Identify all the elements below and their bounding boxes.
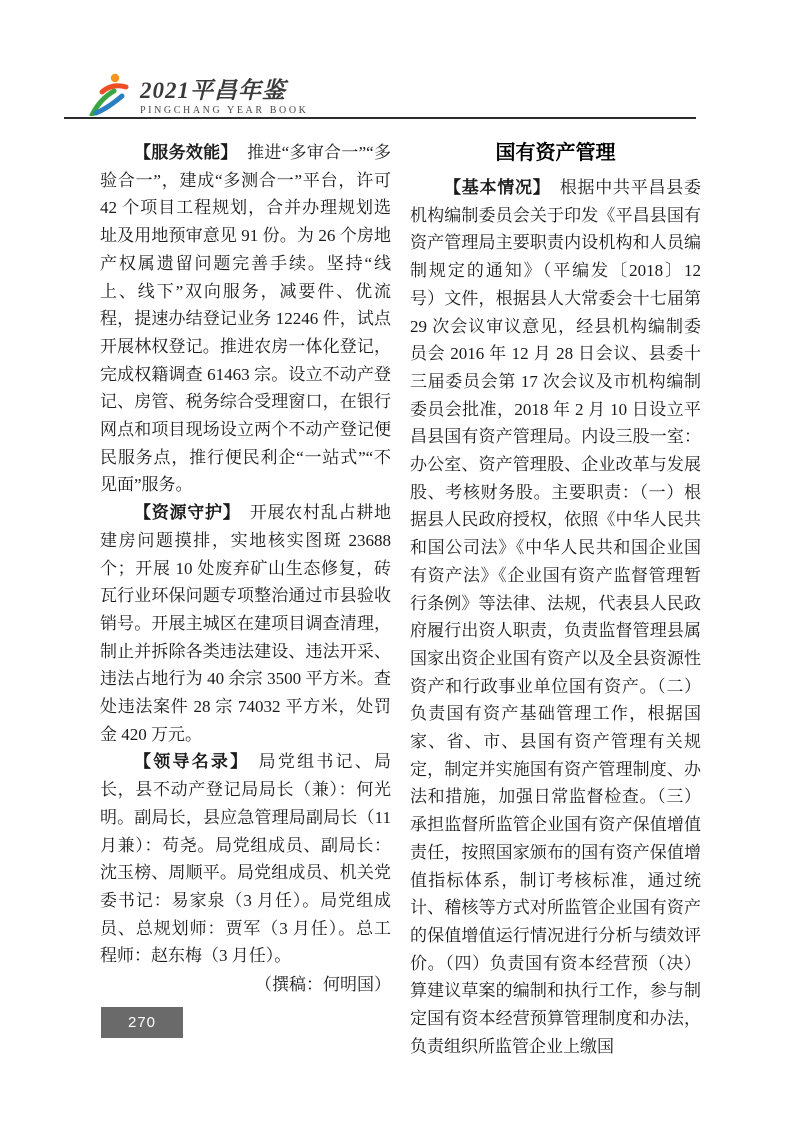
logo-text: 2021平昌年鉴 PINGCHANG YEAR BOOK xyxy=(140,79,308,116)
page-number-badge: 270 xyxy=(101,1007,183,1038)
right-column: 国有资产管理 【基本情况】根据中共平昌县委机构编制委员会关于印发《平昌县国有资产… xyxy=(410,139,701,1061)
logo-title: 2021平昌年鉴 xyxy=(140,79,308,102)
entry-text: 开展农村乱占耕地建房问题摸排，实地核实图斑 23688 个；开展 10 处废弃矿… xyxy=(100,503,391,744)
entry-label: 【领导名录】 xyxy=(134,752,249,771)
left-column: 【服务效能】推进“多审合一”“多验合一”，建成“多测合一”平台，许可 42 个项… xyxy=(100,139,391,999)
entry-leadership-roster: 【领导名录】局党组书记、局长，县不动产登记局局长（兼）：何光明。副局长，县应急管… xyxy=(100,748,391,970)
logo-subtitle: PINGCHANG YEAR BOOK xyxy=(140,106,308,116)
entry-label: 【基本情况】 xyxy=(444,178,550,197)
entry-text: 推进“多审合一”“多验合一”，建成“多测合一”平台，许可 42 个项目工程规划，… xyxy=(100,143,391,494)
yearbook-page: 2021平昌年鉴 PINGCHANG YEAR BOOK 【服务效能】推进“多审… xyxy=(0,0,793,1122)
entry-service-efficiency: 【服务效能】推进“多审合一”“多验合一”，建成“多测合一”平台，许可 42 个项… xyxy=(100,139,391,499)
header-logo: 2021平昌年鉴 PINGCHANG YEAR BOOK xyxy=(86,72,308,116)
byline: （撰稿：何明国） xyxy=(100,971,391,999)
entry-text: 根据中共平昌县委机构编制委员会关于印发《平昌县国有资产管理局主要职责内设机构和人… xyxy=(410,178,701,1056)
section-title-state-assets: 国有资产管理 xyxy=(410,139,701,167)
header-divider xyxy=(64,117,696,119)
entry-resource-protection: 【资源守护】开展农村乱占耕地建房问题摸排，实地核实图斑 23688 个；开展 1… xyxy=(100,499,391,748)
yearbook-logo-icon xyxy=(86,72,132,116)
entry-label: 【服务效能】 xyxy=(134,143,238,162)
entry-basic-situation: 【基本情况】根据中共平昌县委机构编制委员会关于印发《平昌县国有资产管理局主要职责… xyxy=(410,174,701,1061)
entry-label: 【资源守护】 xyxy=(134,503,240,522)
entry-text: 局党组书记、局长，县不动产登记局局长（兼）：何光明。副局长，县应急管理局副局长（… xyxy=(100,752,391,965)
